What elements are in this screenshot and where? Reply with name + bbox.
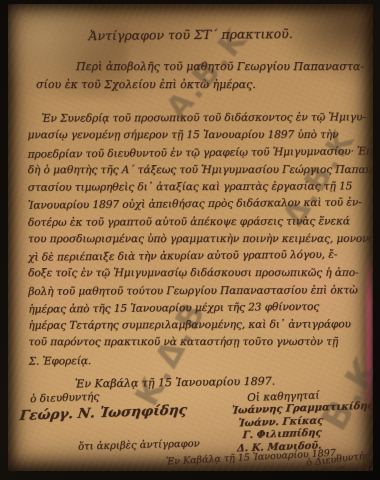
body-line: ἡμέρας Τετάρτης συμπεριλαμβανομένης, καὶ… [28,318,363,337]
body-line: Ἐν Συνεδρίᾳ τοῦ προσωπικοῦ τοῦ διδάσκοντ… [27,111,362,130]
body-line: δὴ ὁ μαθητὴς τῆς Α΄ τάξεως τοῦ Ἡμιγυμνασ… [28,164,363,182]
body-line: τοῦ παρόντος πρακτικοῦ νὰ καταστήσῃ τοῦτ… [28,336,363,354]
body-line: βολὴ τοῦ μαθητοῦ τούτου Γεωργίου Παπανασ… [28,284,363,303]
body-line: Ἰανουαρίου 1897 οὐχὶ ἀπειθήσας πρὸς διδά… [28,197,363,217]
director-label: ὁ διευθυντής [30,391,100,405]
subject-line: σίου ἐκ τοῦ Σχολείου ἐπὶ ὀκτὼ ἡμέρας. [36,78,359,96]
dateline: Ἐν Καβάλᾳ τῇ 15 Ἰανουαρίου 1897. [70,375,280,391]
director-signature: Γεώργ. Ν. Ἰωσηφίδης [19,402,188,424]
body-line: χὶ δὲ περιέπαιξε διὰ τὴν ἀκυρίαν αὐτοῦ γ… [28,248,363,268]
body-line: δοξε τοῖς ἐν τῷ Ἡμιγυμνασίῳ διδάσκουσι π… [28,267,363,285]
subject-block: Περὶ ἀποβολῆς τοῦ μαθητοῦ Γεωργίου Παπαν… [36,60,359,95]
document-heading: Ἀντίγραφον τοῦ ΣΤ΄ πρακτικοῦ. [8,25,373,44]
certification-note: ὅτι ἀκριβὲς ἀντίγραφον [78,438,200,452]
body-line: Σ. Ἐφορείᾳ. [28,352,363,372]
body-line: προεδρίαν τοῦ διευθυντοῦ ἐν τῷ γραφείῳ τ… [28,145,363,165]
teachers-signature-block: Οἱ καθηγηταί Ἰωάννης Γραμματικίδης Ἰωάνν… [227,387,373,456]
subject-line: Περὶ ἀποβολῆς τοῦ μαθητοῦ Γεωργίου Παπαν… [36,60,359,78]
body-line: μνασίῳ γενομένῃ σήμερον τῇ 15 Ἰανουαρίου… [28,129,363,147]
scanned-manuscript: Α.Β.Κ Δ.Β.Κ Κ.Δ.Β Β.Κ. Ἀντίγραφον τοῦ ΣΤ… [0,0,380,480]
body-line: ἡμέρας ἀπὸ τῆς 15 Ἰανουαρίου μέχρι τῆς 2… [28,300,363,320]
body-line: του προσδιωρισμένας ὑπὸ γραμματικὴν ποιν… [28,233,363,251]
document-page: Α.Β.Κ Δ.Β.Κ Κ.Δ.Β Β.Κ. Ἀντίγραφον τοῦ ΣΤ… [8,4,373,471]
body-line: δοτέρω ἐκ τοῦ γραπτοῦ αὐτοῦ ἀπέκοψε φράσ… [28,215,363,234]
body-text: Ἐν Συνεδρίᾳ τοῦ προσωπικοῦ τοῦ διδάσκοντ… [27,111,363,371]
